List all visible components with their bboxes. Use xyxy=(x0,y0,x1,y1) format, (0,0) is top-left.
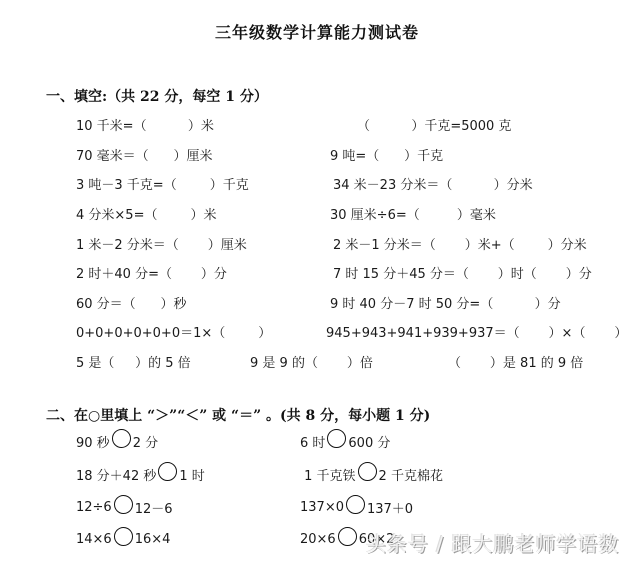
compare-right-expr: 1 时 xyxy=(179,465,204,484)
answer-circle[interactable] xyxy=(112,429,131,448)
fill-blank-item: 34 米－23 分米＝（ ）分米 xyxy=(333,174,533,193)
compare-left-expr: 1 千克铁 xyxy=(300,465,356,484)
compare-right-expr: 2 分 xyxy=(133,432,158,451)
compare-right-expr: 16×4 xyxy=(135,532,171,547)
fill-blank-item: 9 是 9 的（ ）倍 xyxy=(250,352,373,371)
fill-blank-item: 10 千米=（ ）米 xyxy=(76,115,214,134)
compare-item: 6 时 600 分 xyxy=(300,432,390,451)
answer-circle[interactable] xyxy=(158,462,177,481)
fill-blank-item: 4 分米×5=（ ）米 xyxy=(76,204,217,223)
compare-left-expr: 90 秒 xyxy=(76,432,110,451)
fill-blank-item: 7 时 15 分＋45 分＝（ ）时（ ）分 xyxy=(333,263,592,282)
compare-left-expr: 14×6 xyxy=(76,532,112,547)
compare-left-expr: 137×0 xyxy=(300,500,344,515)
fill-blank-item: （ ）千克=5000 克 xyxy=(357,115,511,134)
compare-right-expr: 137＋0 xyxy=(367,498,413,517)
compare-item: 14×6 16×4 xyxy=(76,530,170,549)
answer-circle[interactable] xyxy=(114,495,133,514)
fill-blank-item: 945+943+941+939+937＝（ ）×（ ） xyxy=(326,322,627,341)
answer-circle[interactable] xyxy=(114,527,133,546)
compare-right-expr: 12－6 xyxy=(135,498,173,517)
fill-blank-item: 30 厘米÷6=（ ）毫米 xyxy=(330,204,496,223)
compare-left-expr: 20×6 xyxy=(300,532,336,547)
fill-blank-item: 2 时＋40 分=（ ）分 xyxy=(76,263,227,282)
compare-item: 18 分＋42 秒 1 时 xyxy=(76,465,205,484)
compare-left-expr: 6 时 xyxy=(300,432,325,451)
answer-circle[interactable] xyxy=(346,495,365,514)
compare-right-expr: 2 千克棉花 xyxy=(379,465,443,484)
fill-blank-item: 1 米－2 分米＝（ ）厘米 xyxy=(76,234,247,253)
compare-right-expr: 600 分 xyxy=(348,432,390,451)
fill-blank-item: 60 分＝（ ）秒 xyxy=(76,293,186,312)
answer-circle[interactable] xyxy=(338,527,357,546)
fill-blank-item: 70 毫米＝（ ）厘米 xyxy=(76,145,212,164)
section-2-heading: 二、在○里填上 “＞”“＜” 或 “＝” 。(共 8 分，每小题 1 分) xyxy=(46,405,430,425)
fill-blank-item: 5 是（ ）的 5 倍 xyxy=(76,352,191,371)
page-title: 三年级数学计算能力测试卷 xyxy=(0,20,634,43)
fill-blank-item: 9 吨=（ ）千克 xyxy=(330,145,443,164)
answer-circle[interactable] xyxy=(327,429,346,448)
compare-left-expr: 18 分＋42 秒 xyxy=(76,465,156,484)
answer-circle[interactable] xyxy=(358,462,377,481)
fill-blank-item: 9 时 40 分－7 时 50 分=（ ）分 xyxy=(330,293,561,312)
compare-item: 137×0 137＋0 xyxy=(300,498,413,517)
section-1-heading: 一、填空:（共 22 分，每空 1 分） xyxy=(46,86,268,106)
fill-blank-item: 0+0+0+0+0+0＝1×（ ） xyxy=(76,322,271,341)
compare-item: 1 千克铁 2 千克棉花 xyxy=(300,465,443,484)
compare-left-expr: 12÷6 xyxy=(76,500,112,515)
fill-blank-item: 3 吨－3 千克=（ ）千克 xyxy=(76,174,249,193)
fill-blank-item: 2 米－1 分米＝（ ）米+（ ）分米 xyxy=(333,234,587,253)
watermark: 头条号 / 跟大鹏老师学语数 xyxy=(366,528,619,557)
fill-blank-item: （ ）是 81 的 9 倍 xyxy=(448,352,583,371)
compare-item: 90 秒 2 分 xyxy=(76,432,158,451)
compare-item: 12÷6 12－6 xyxy=(76,498,173,517)
